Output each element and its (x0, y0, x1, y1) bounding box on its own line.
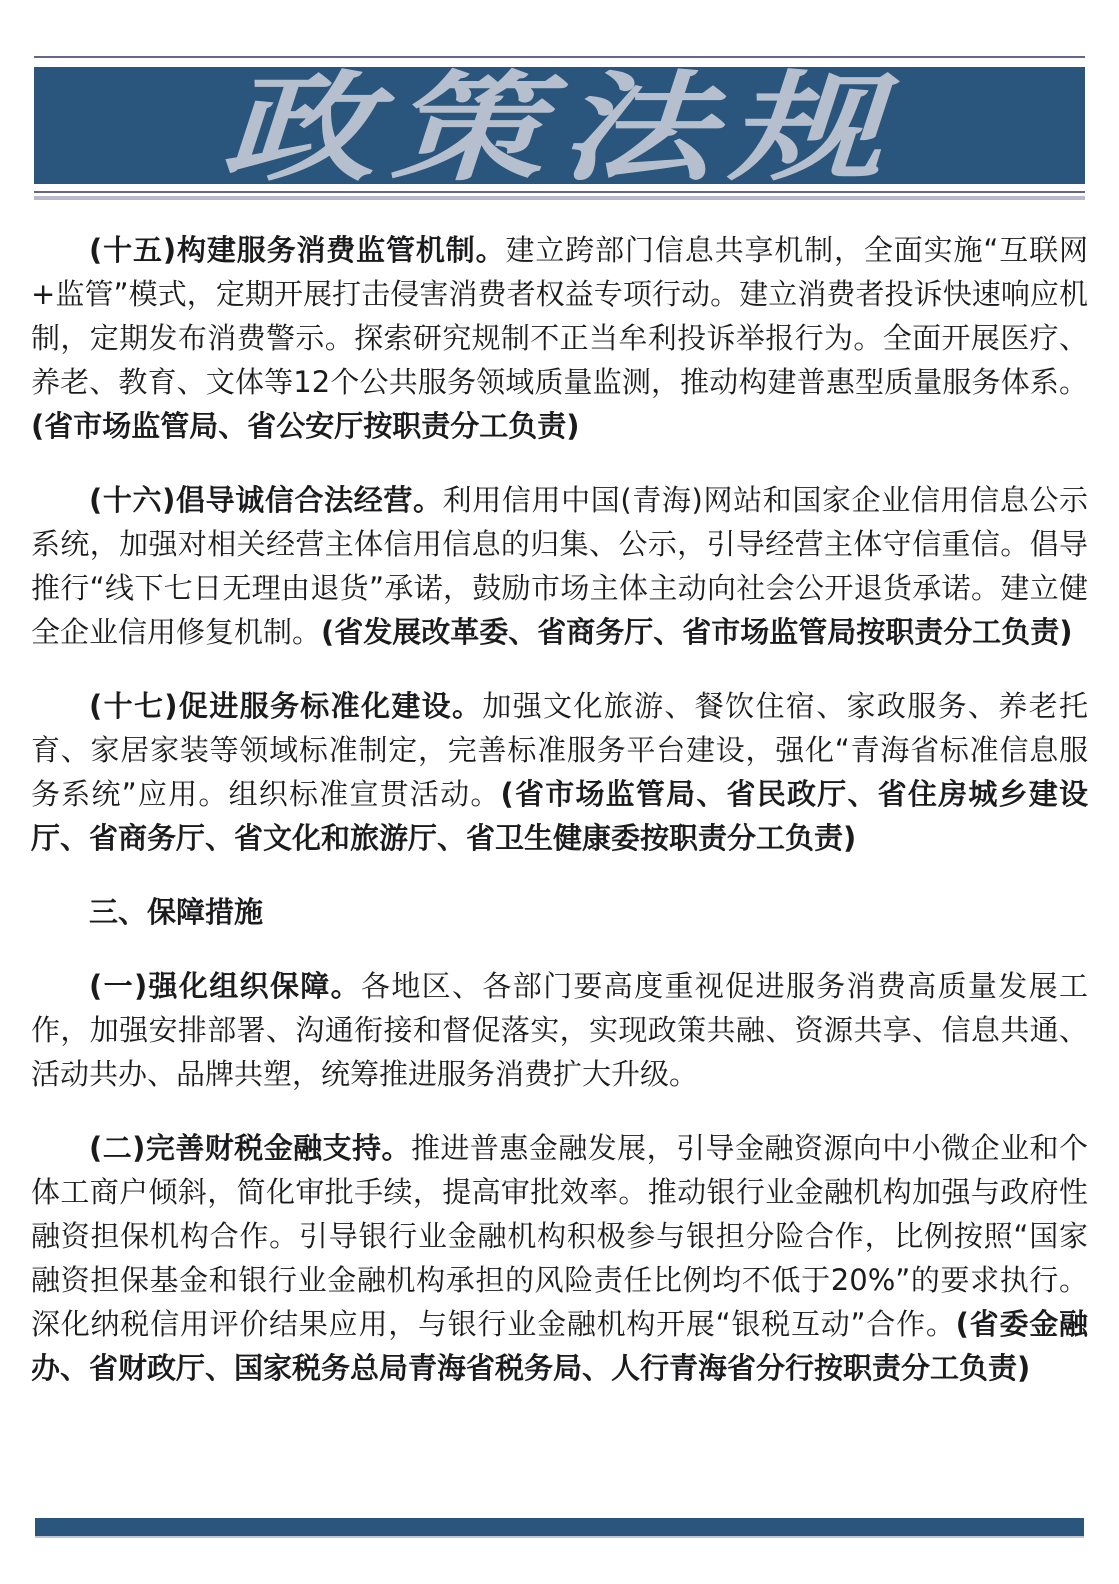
document-body: (十五)构建服务消费监管机制。建立跨部门信息共享机制，全面实施“互联网+监管”模… (0, 196, 1119, 1390)
paragraph: (十六)倡导诚信合法经营。利用信用中国(青海)网站和国家企业信用信息公示系统，加… (31, 478, 1088, 654)
document-page: 政策法规 (十五)构建服务消费监管机制。建立跨部门信息共享机制，全面实施“互联网… (0, 0, 1119, 1584)
section-heading: 三、保障措施 (31, 890, 1088, 934)
page-title: 政策法规 (221, 64, 897, 187)
title-banner: 政策法规 (34, 67, 1085, 184)
bold-text-segment: (省发展改革委、省商务厅、省市场监管局按职责分工负责) (321, 615, 1073, 649)
paragraph: (十五)构建服务消费监管机制。建立跨部门信息共享机制，全面实施“互联网+监管”模… (31, 228, 1088, 448)
bold-text-segment: (一)强化组织保障。 (89, 969, 361, 1003)
bold-text-segment: (省市场监管局、省公安厅按职责分工负责) (31, 409, 580, 443)
bold-text-segment: (十六)倡导诚信合法经营。 (89, 483, 443, 517)
bold-text-segment: (十七)促进服务标准化建设。 (89, 689, 482, 723)
paragraph: (一)强化组织保障。各地区、各部门要高度重视促进服务消费高质量发展工作，加强安排… (31, 964, 1088, 1096)
bold-text-segment: (二)完善财税金融支持。 (89, 1131, 411, 1165)
bold-text-segment: 三、保障措施 (89, 895, 263, 929)
bold-text-segment: (十五)构建服务消费监管机制。 (89, 233, 506, 267)
footer-bar (35, 1518, 1084, 1538)
paragraph: (二)完善财税金融支持。推进普惠金融发展，引导金融资源向中小微企业和个体工商户倾… (31, 1126, 1088, 1390)
header-top-rule (34, 56, 1085, 58)
paragraph: (十七)促进服务标准化建设。加强文化旅游、餐饮住宿、家政服务、养老托育、家居家装… (31, 684, 1088, 860)
